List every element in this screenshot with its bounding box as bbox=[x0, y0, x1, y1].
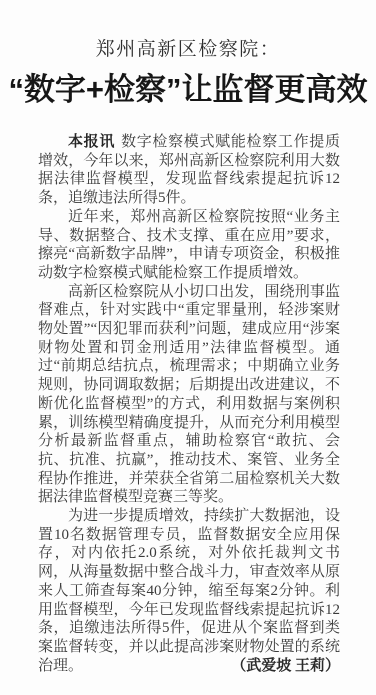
paragraph-1: 本报讯数字检察模式赋能检察工作提质增效，今年以来，郑州高新区检察院利用大数据法律… bbox=[38, 133, 340, 208]
paragraph-3: 高新区检察院从小切口出发，围绕刑事监督难点，针对实践中“重定罪量刑，轻涉案财物处… bbox=[38, 283, 340, 507]
article-kicker: 郑州高新区检察院： bbox=[0, 0, 376, 62]
article-body: 本报讯数字检察模式赋能检察工作提质增效，今年以来，郑州高新区检察院利用大数据法律… bbox=[0, 133, 376, 675]
byline: （武爱坡 王莉） bbox=[38, 657, 340, 676]
newspaper-article-page: 郑州高新区检察院： “数字+检察”让监督更高效 本报讯数字检察模式赋能检察工作提… bbox=[0, 0, 376, 695]
lead-in-label: 本报讯 bbox=[68, 134, 115, 150]
paragraph-2: 近年来，郑州高新区检察院按照“业务主导、数据整合、技术支撑、重在应用”要求，擦亮… bbox=[38, 208, 340, 283]
paragraph-4: 为进一步提质增效，持续扩大数据池，设置10名数据管理专员，监督数据安全应用保存，… bbox=[38, 507, 340, 675]
article-headline: “数字+检察”让监督更高效 bbox=[0, 70, 376, 110]
